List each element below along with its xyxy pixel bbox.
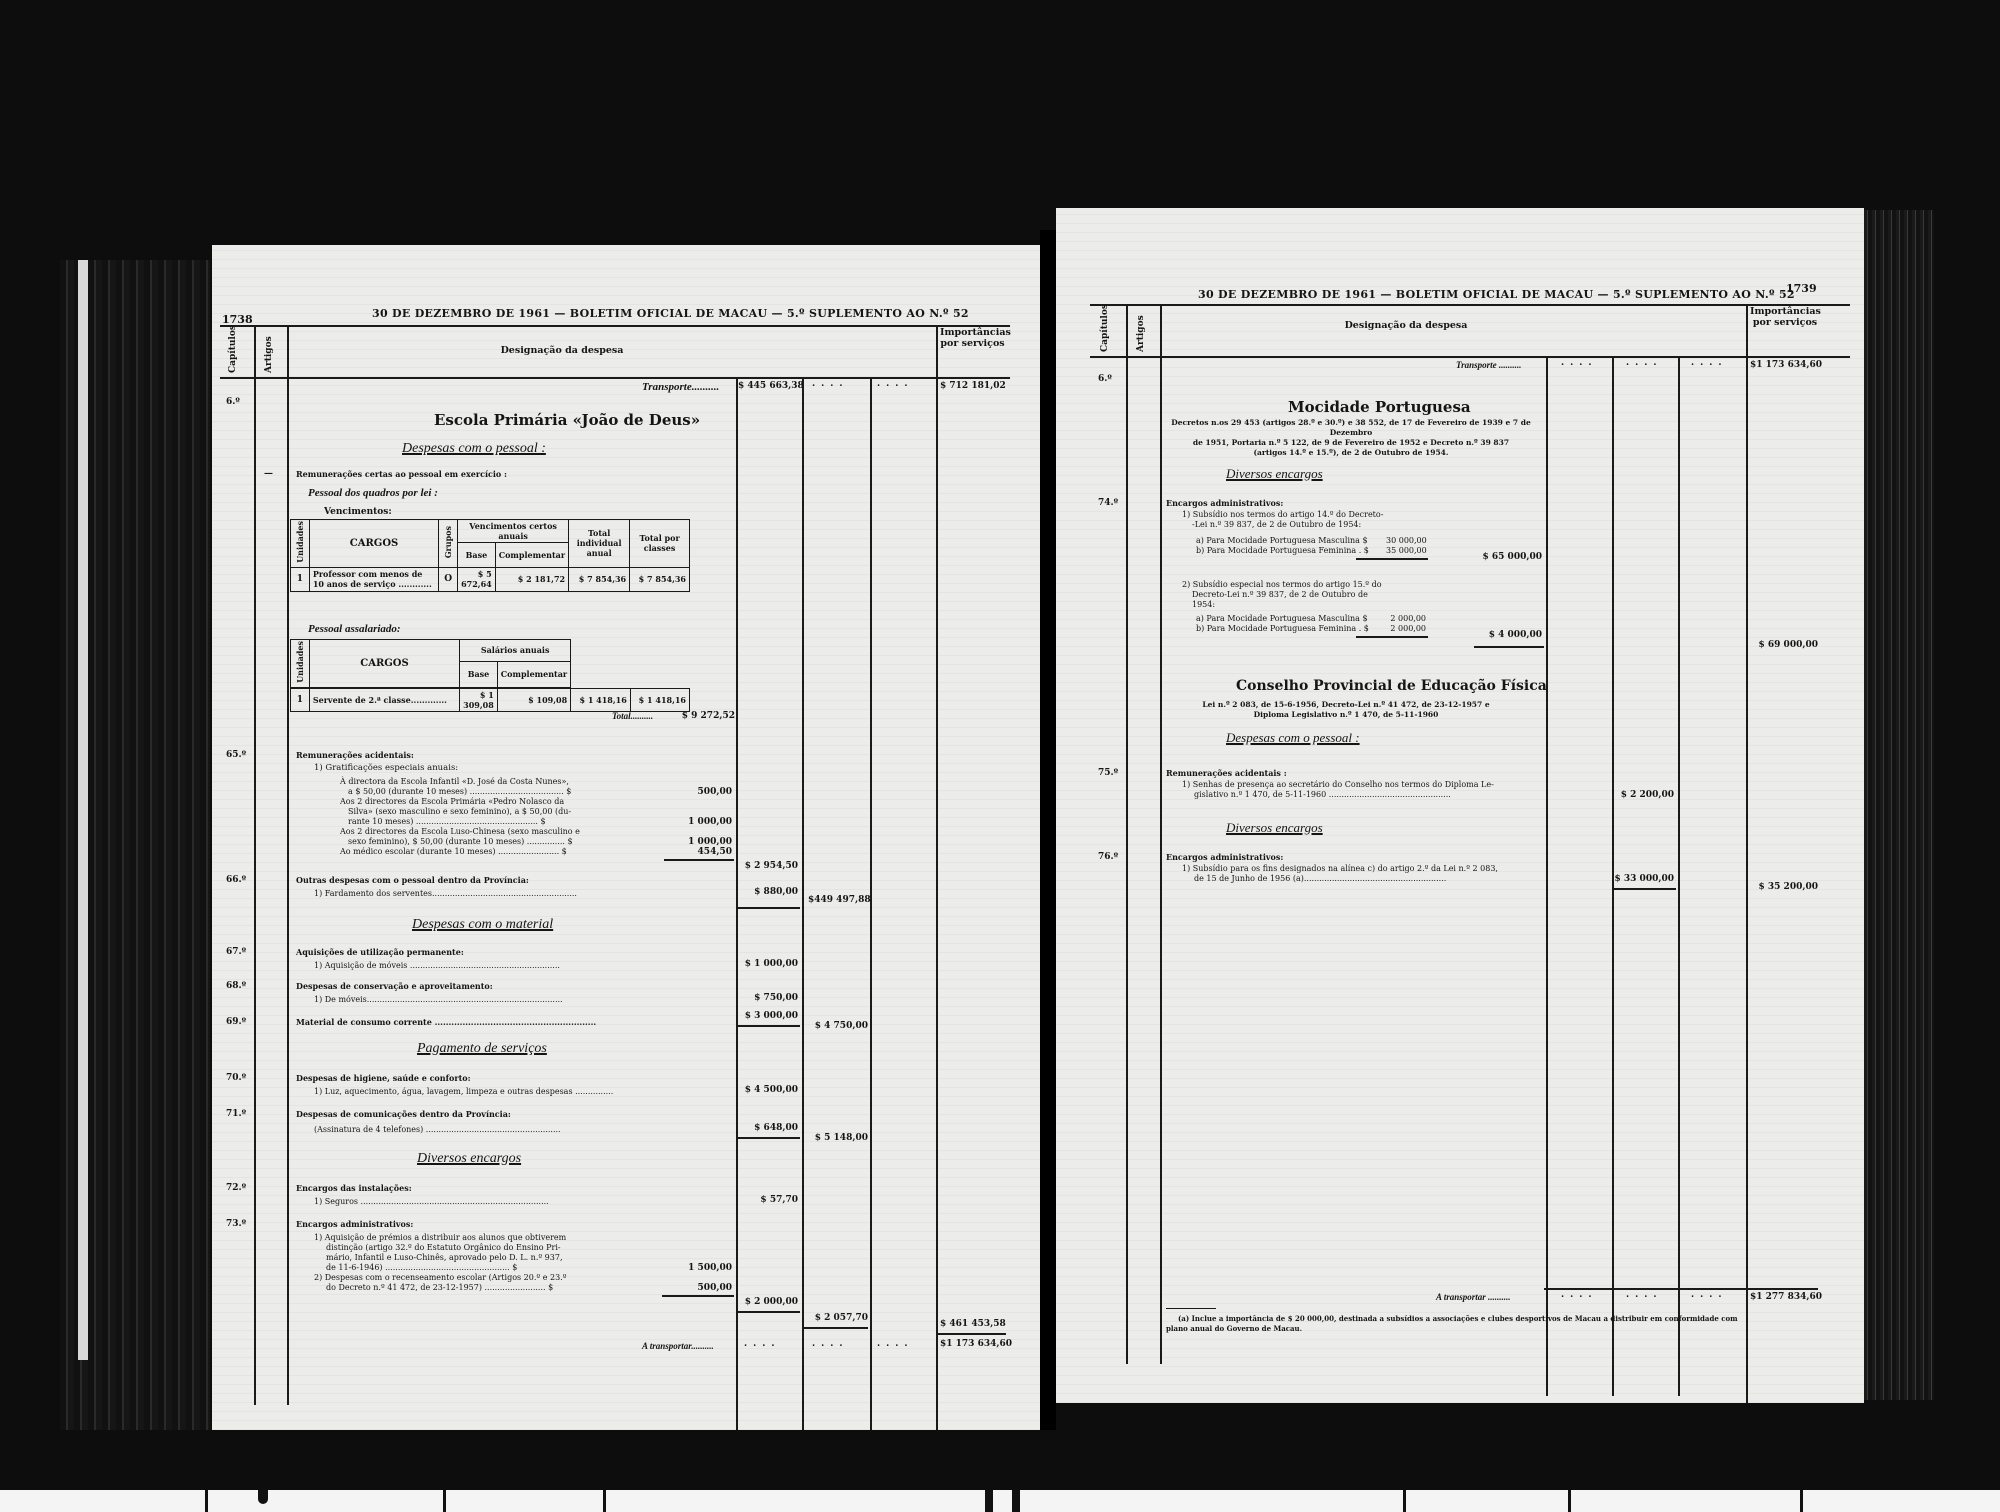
sum-rule	[938, 1333, 1006, 1335]
footnote-rule	[1166, 1308, 1216, 1309]
sum-rule	[1612, 888, 1676, 890]
art65-label: Remunerações acidentais:	[296, 750, 414, 760]
legal-reference: Decretos n.os 29 453 (artigos 28.º e 30.…	[1166, 418, 1536, 458]
total-value: $ 9 272,52	[677, 711, 735, 721]
art68-label: Despesas de conservação e aproveitamento…	[296, 981, 493, 991]
subsection-pessoal: Despesas com o pessoal :	[402, 441, 546, 457]
dot-leader: ....	[744, 1339, 781, 1349]
col-divider	[1678, 356, 1680, 1396]
transporte-label: Transporte..........	[642, 381, 719, 393]
dot-leader: ....	[812, 1339, 849, 1349]
col-divider	[254, 325, 256, 1405]
art76-item: 1) Subsídio para os fins designados na a…	[1182, 864, 1498, 884]
table-assalariado: Unidades CARGOS Salários anuais Base Com…	[290, 639, 690, 712]
artigo-number: 66.º	[226, 875, 246, 885]
sum-rule	[738, 907, 800, 909]
book-edge-right	[1864, 210, 1934, 1400]
dot-leader: ....	[1691, 1290, 1728, 1300]
section-title: Mocidade Portuguesa	[1288, 398, 1471, 416]
artigo-number: 67.º	[226, 947, 246, 957]
col-divider	[287, 325, 289, 1405]
book-spine	[1040, 230, 1056, 1430]
subsection-servicos: Pagamento de serviços	[417, 1041, 547, 1057]
subsection-encargos: Diversos encargos	[417, 1151, 521, 1167]
a-transportar-value: $1 277 834,60	[1750, 1292, 1818, 1302]
ruler-tick	[985, 1490, 993, 1512]
art65-item: À directora da Escola Infantil «D. José …	[340, 777, 580, 857]
left-page: 1738 30 DE DEZEMBRO DE 1961 — BOLETIM OF…	[212, 245, 1040, 1430]
service-total: $ 69 000,00	[1750, 640, 1818, 650]
art73-item1: 1) Aquisição de prémios a distribuir aos…	[314, 1233, 566, 1293]
table-row: 1 Servente de 2.ª classe............. $ …	[291, 688, 690, 711]
amount: 1 500,00	[672, 1263, 732, 1273]
sum-rule	[804, 1327, 868, 1329]
amount: $ 750,00	[740, 993, 798, 1003]
artigo-number: 69.º	[226, 1017, 246, 1027]
transporte-label: Transporte ..........	[1456, 360, 1521, 370]
subtotal: $ 2 057,70	[808, 1313, 868, 1323]
ruler-tick	[205, 1490, 208, 1512]
table-row: 1 Professor com menos de 10 anos de serv…	[291, 567, 690, 591]
right-page: 30 DE DEZEMBRO DE 1961 — BOLETIM OFICIAL…	[1056, 208, 1864, 1403]
artigo-number: 74.º	[1098, 498, 1118, 508]
art69-label: Material de consumo corrente ...........…	[296, 1017, 596, 1027]
col-divider	[1546, 356, 1548, 1396]
art71-item: (Assinatura de 4 telefones) ............…	[314, 1125, 561, 1134]
art70-item: 1) Luz, aquecimento, água, lavagem, limp…	[314, 1087, 613, 1096]
header-designacao: Designação da despesa	[412, 345, 712, 356]
art65-sub1: 1) Gratificações especiais anuais:	[314, 763, 458, 773]
subtotal: $ 2 954,50	[740, 861, 798, 871]
remuneracoes-certas-label: Remunerações certas ao pessoal em exercí…	[296, 469, 507, 479]
art74-sub1-items: a) Para Mocidade Portuguesa Masculina $ …	[1196, 536, 1369, 556]
subsection-pessoal: Despesas com o pessoal :	[1226, 730, 1360, 746]
subsection-encargos: Diversos encargos	[1226, 820, 1323, 836]
col-divider	[1160, 304, 1162, 1364]
amount: $ 4 500,00	[740, 1085, 798, 1095]
artigo-number: 68.º	[226, 981, 246, 991]
artigo-number: 65.º	[226, 750, 246, 760]
amount: 30 000,00 35 000,00	[1386, 536, 1426, 556]
art74-sub2-items: a) Para Mocidade Portuguesa Masculina $ …	[1196, 614, 1369, 634]
amount: $ 33 000,00	[1614, 874, 1674, 884]
amount: 500,00	[682, 787, 732, 797]
page-number: 1739	[1786, 282, 1817, 295]
col-divider	[802, 377, 804, 1430]
table-quadros: Unidades CARGOS Grupos Vencimentos certo…	[290, 519, 690, 592]
art75-label: Remunerações acidentais :	[1166, 768, 1287, 778]
pessoal-quadros-label: Pessoal dos quadros por lei :	[308, 487, 438, 499]
col-divider	[936, 325, 938, 1430]
subsection-material: Despesas com o material	[412, 917, 553, 933]
dot-leader: ....	[1626, 1290, 1663, 1300]
subsection-encargos: Diversos encargos	[1226, 466, 1323, 482]
ruler-tick	[603, 1490, 606, 1512]
col-divider	[736, 377, 738, 1430]
art68-item: 1) De móveis............................…	[314, 995, 563, 1004]
ruler-tick	[1568, 1490, 1571, 1512]
header-importancias: Importâncias por serviços	[940, 327, 1005, 349]
sum-rule	[738, 1311, 800, 1313]
header-importancias: Importâncias por serviços	[1750, 306, 1820, 328]
pessoal-assalariado-label: Pessoal assalariado:	[308, 623, 401, 635]
header-top-rule	[220, 325, 1010, 327]
dot-leader: ....	[1561, 358, 1598, 368]
col-divider	[1126, 304, 1128, 1364]
art71-label: Despesas de comunicações dentro da Proví…	[296, 1109, 511, 1119]
sum-rule	[1356, 636, 1428, 638]
amount: $ 57,70	[740, 1195, 798, 1205]
running-head: 30 DE DEZEMBRO DE 1961 — BOLETIM OFICIAL…	[1198, 288, 1795, 301]
ruler-tick	[1012, 1490, 1020, 1512]
book-edge-left	[60, 260, 210, 1430]
subtotal: $ 2 000,00	[740, 1297, 798, 1307]
art67-item: 1) Aquisição de móveis .................…	[314, 961, 560, 970]
header-capitulos: Capítulos	[228, 337, 238, 373]
running-head: 30 DE DEZEMBRO DE 1961 — BOLETIM OFICIAL…	[372, 307, 969, 320]
header-capitulos: Capítulos	[1100, 312, 1110, 352]
art70-label: Despesas de higiene, saúde e conforto:	[296, 1073, 471, 1083]
artigo-number: 76.º	[1098, 852, 1118, 862]
capitulo-number: 6.º	[1098, 374, 1112, 384]
a-transportar-label: A transportar..........	[642, 1341, 714, 1351]
amount: $ 2 200,00	[1614, 790, 1674, 800]
amount: 500,00	[672, 1283, 732, 1293]
subtotal: $449 497,88	[808, 895, 868, 905]
subtotal: $ 4 000,00	[1476, 630, 1542, 640]
scan-ruler	[0, 1490, 2000, 1512]
sum-rule	[664, 859, 734, 861]
artigo-dash: —	[264, 469, 273, 479]
amount: 1 000,00	[682, 837, 732, 847]
header-designacao: Designação da despesa	[1306, 320, 1506, 331]
dot-leader: ....	[877, 379, 914, 389]
dot-leader: ....	[1691, 358, 1728, 368]
artigo-number: 72.º	[226, 1183, 246, 1193]
art74-label: Encargos administrativos:	[1166, 498, 1283, 508]
ruler-tick	[1403, 1490, 1406, 1512]
amount: $ 648,00	[740, 1123, 798, 1133]
ruler-tick	[258, 1490, 268, 1504]
service-total: $ 461 453,58	[940, 1319, 1004, 1329]
dot-leader: ....	[1561, 1290, 1598, 1300]
artigo-number: 71.º	[226, 1109, 246, 1119]
art75-item: 1) Senhas de presença ao secretário do C…	[1182, 780, 1494, 800]
ruler-tick	[1800, 1490, 1803, 1512]
transporte-value: $ 445 663,38	[738, 381, 798, 391]
sum-rule	[738, 1137, 800, 1139]
amount: 1 000,00	[682, 817, 732, 827]
art72-item: 1) Seguros .............................…	[314, 1197, 549, 1206]
transporte-importancias: $ 712 181,02	[940, 381, 1004, 391]
art72-label: Encargos das instalações:	[296, 1183, 412, 1193]
vencimentos-label: Vencimentos:	[324, 507, 392, 517]
art67-label: Aquisições de utilização permanente:	[296, 947, 464, 957]
transporte-importancias: $1 173 634,60	[1750, 360, 1818, 370]
sum-rule	[1474, 646, 1544, 648]
amount: $ 880,00	[740, 887, 798, 897]
page-edge-strip	[78, 260, 88, 1360]
capitulo-number: 6.º	[226, 397, 240, 407]
service-total: $ 35 200,00	[1750, 882, 1818, 892]
amount: $ 3 000,00	[740, 1011, 798, 1021]
section-title: Escola Primária «João de Deus»	[434, 411, 700, 429]
subtotal: $ 65 000,00	[1476, 552, 1542, 562]
subtotal: $ 4 750,00	[808, 1021, 868, 1031]
artigo-number: 75.º	[1098, 768, 1118, 778]
a-transportar-value: $1 173 634,60	[940, 1339, 1004, 1349]
subtotal: $ 5 148,00	[808, 1133, 868, 1143]
art73-label: Encargos administrativos:	[296, 1219, 413, 1229]
art74-sub2: 2) Subsídio especial nos termos do artig…	[1182, 580, 1382, 610]
a-transportar-label: A transportar ..........	[1436, 1292, 1511, 1302]
artigo-number: 73.º	[226, 1219, 246, 1229]
sum-rule	[738, 1025, 800, 1027]
header-artigos: Artigos	[1136, 312, 1146, 352]
art66-label: Outras despesas com o pessoal dentro da …	[296, 875, 529, 885]
art76-label: Encargos administrativos:	[1166, 852, 1283, 862]
section-title: Conselho Provincial de Educação Física	[1236, 678, 1547, 694]
total-label: Total..........	[612, 711, 653, 721]
dot-leader: ....	[1626, 358, 1663, 368]
amount: 2 000,00 2 000,00	[1386, 614, 1426, 634]
art74-sub1: 1) Subsídio nos termos do artigo 14.º do…	[1182, 510, 1383, 530]
artigo-number: 70.º	[226, 1073, 246, 1083]
header-bottom-rule	[1090, 356, 1850, 358]
dot-leader: ....	[812, 379, 849, 389]
sum-rule	[1356, 558, 1428, 560]
amount: $ 1 000,00	[740, 959, 798, 969]
dot-leader: ....	[877, 1339, 914, 1349]
sum-rule	[662, 1295, 734, 1297]
amount: 454,50	[682, 847, 732, 857]
art66-item: 1) Fardamento dos serventes.............…	[314, 889, 577, 898]
footnote: (a) Inclue a importância de $ 20 000,00,…	[1166, 1314, 1738, 1334]
header-artigos: Artigos	[264, 337, 274, 373]
header-top-rule	[1090, 304, 1850, 306]
legal-reference: Lei n.º 2 083, de 15-6-1956, Decreto-Lei…	[1196, 700, 1496, 720]
ruler-tick	[443, 1490, 446, 1512]
col-divider	[1746, 304, 1748, 1403]
